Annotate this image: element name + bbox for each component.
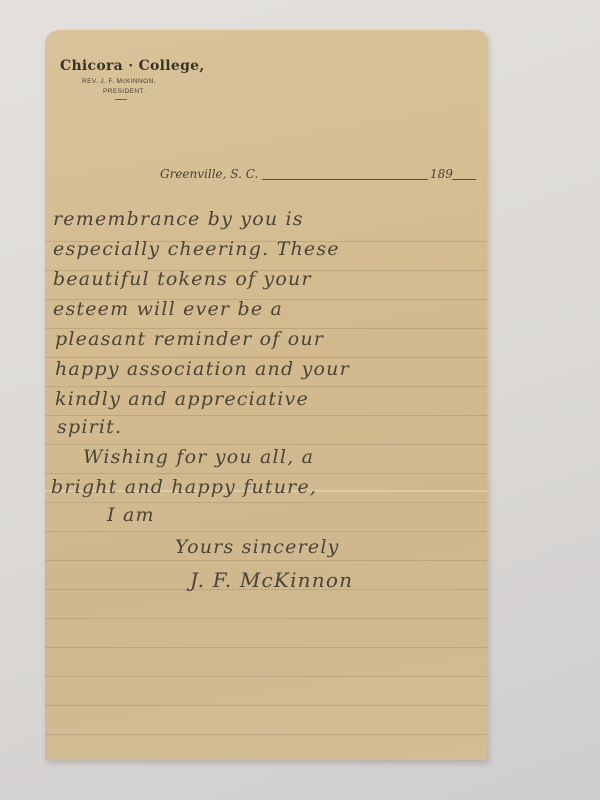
body-line: happy association and your bbox=[55, 358, 350, 380]
letter-page: Chicora · College, REV. J. F. McKINNON, … bbox=[45, 30, 487, 760]
body-line: beautiful tokens of your bbox=[53, 268, 312, 290]
body-line: especially cheering. These bbox=[53, 238, 340, 260]
body-line: Wishing for you all, a bbox=[83, 446, 314, 468]
letterhead-president-title: PRESIDENT. bbox=[103, 88, 145, 95]
signature: J. F. McKinnon bbox=[190, 568, 353, 592]
dateline-year: 189 bbox=[430, 167, 453, 181]
body-line: pleasant reminder of our bbox=[55, 328, 324, 350]
dateline: Greenville, S. C. 189 bbox=[160, 167, 490, 187]
body-line: kindly and appreciative bbox=[55, 388, 309, 410]
body-line: spirit. bbox=[57, 416, 122, 438]
date-blank-line bbox=[262, 179, 428, 180]
body-line: I am bbox=[107, 504, 155, 526]
closing-salutation: Yours sincerely bbox=[175, 536, 340, 558]
body-line: bright and happy future, bbox=[51, 476, 317, 498]
letterhead-divider bbox=[115, 99, 127, 100]
letterhead-president-name: REV. J. F. McKINNON, bbox=[82, 78, 156, 85]
body-line: remembrance by you is bbox=[53, 208, 304, 230]
dateline-place: Greenville, S. C. bbox=[160, 167, 258, 181]
letterhead-institution: Chicora · College, bbox=[60, 58, 205, 74]
year-blank-line bbox=[452, 179, 476, 180]
body-line: esteem will ever be a bbox=[53, 298, 283, 320]
